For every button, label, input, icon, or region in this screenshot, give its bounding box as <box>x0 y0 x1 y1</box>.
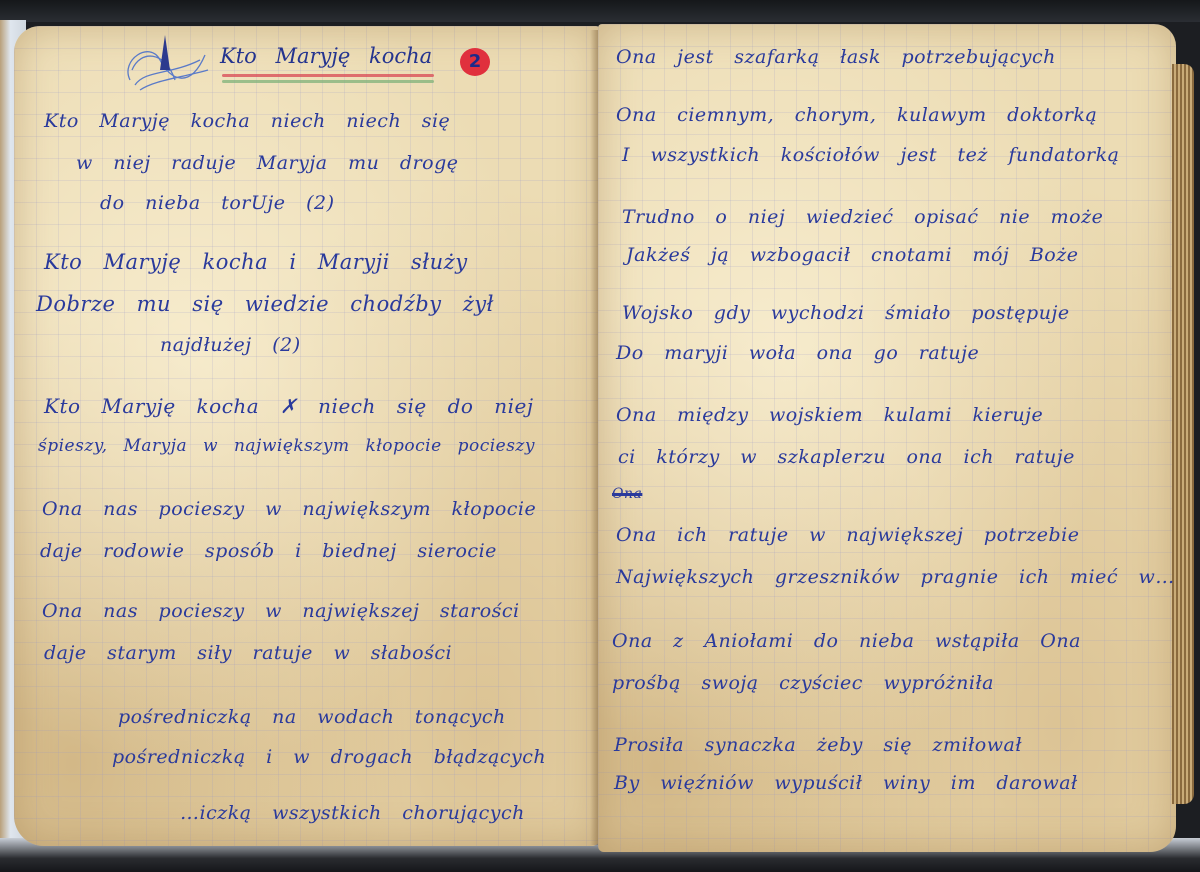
page-title: Kto Maryję kocha <box>220 44 432 68</box>
left-line-3: do nieba torUje (2) <box>100 192 335 214</box>
title-underline-green <box>222 80 434 83</box>
left-line-15: …iczką wszystkich chorujących <box>180 802 525 824</box>
left-line-4: Kto Maryję kocha i Maryji służy <box>44 250 468 274</box>
scribble-drawing-icon <box>120 30 210 102</box>
right-line-14: Prosiła synaczka żeby się zmiłował <box>614 734 1022 756</box>
left-line-7: Kto Maryję kocha ✗ niech się do niej <box>44 394 534 418</box>
right-line-15: By więźniów wypuścił winy im darował <box>614 772 1078 794</box>
left-line-13: pośredniczką na wodach tonących <box>118 706 506 728</box>
left-line-2: w niej raduje Maryja mu drogę <box>76 152 459 174</box>
right-line-8: Ona między wojskiem kulami kieruje <box>616 404 1043 426</box>
right-line-4: Trudno o niej wiedzieć opisać nie może <box>622 206 1103 228</box>
left-line-11: Ona nas pocieszy w największej starości <box>42 600 520 622</box>
right-line-2: Ona ciemnym, chorym, kulawym doktorką <box>616 104 1097 126</box>
left-line-6: najdłużej (2) <box>160 334 301 356</box>
left-line-8: śpieszy, Maryja w największym kłopocie p… <box>38 436 535 456</box>
left-line-12: daje starym siły ratuje w słabości <box>44 642 452 664</box>
left-line-14: pośredniczką i w drogach błądzących <box>112 746 546 768</box>
right-line-10: Ona ich ratuje w największej potrzebie <box>616 524 1079 546</box>
title-underline-red <box>222 74 434 77</box>
handwritten-line: Kto Maryję kocha niech niech się <box>44 110 450 132</box>
right-line-9: ci którzy w szkaplerzu ona ich ratuje <box>618 446 1075 468</box>
right-line-5: Jakżeś ją wzbogacił cnotami mój Boże <box>626 244 1079 266</box>
left-line-10: daje rodowie sposób i biednej sierocie <box>40 540 497 562</box>
left-line-5: Dobrze mu się wiedzie chodźby żył <box>36 292 494 316</box>
right-line-7: Do maryji woła ona go ratuje <box>616 342 979 364</box>
right-line-12: Ona z Aniołami do nieba wstąpiła Ona <box>612 630 1081 652</box>
right-line-6: Wojsko gdy wychodzi śmiało postępuje <box>622 302 1070 324</box>
left-line-9: Ona nas pocieszy w największym kłopocie <box>42 498 536 520</box>
right-line-11: Największych grzeszników pragnie ich mie… <box>616 566 1175 588</box>
left-line-1: Kto Maryję kocha niech niech się <box>44 110 450 132</box>
right-line-1: Ona jest szafarką łask potrzebujących <box>616 46 1056 68</box>
scanner-bed-top <box>0 0 1200 22</box>
right-line-3: I wszystkich kościołów jest też fundator… <box>622 144 1119 166</box>
red-number-mark: 2 <box>460 48 490 76</box>
right-line-13: prośbą swoją czyściec wypróżniła <box>612 672 994 694</box>
right-struck-word: Ona <box>612 486 642 502</box>
